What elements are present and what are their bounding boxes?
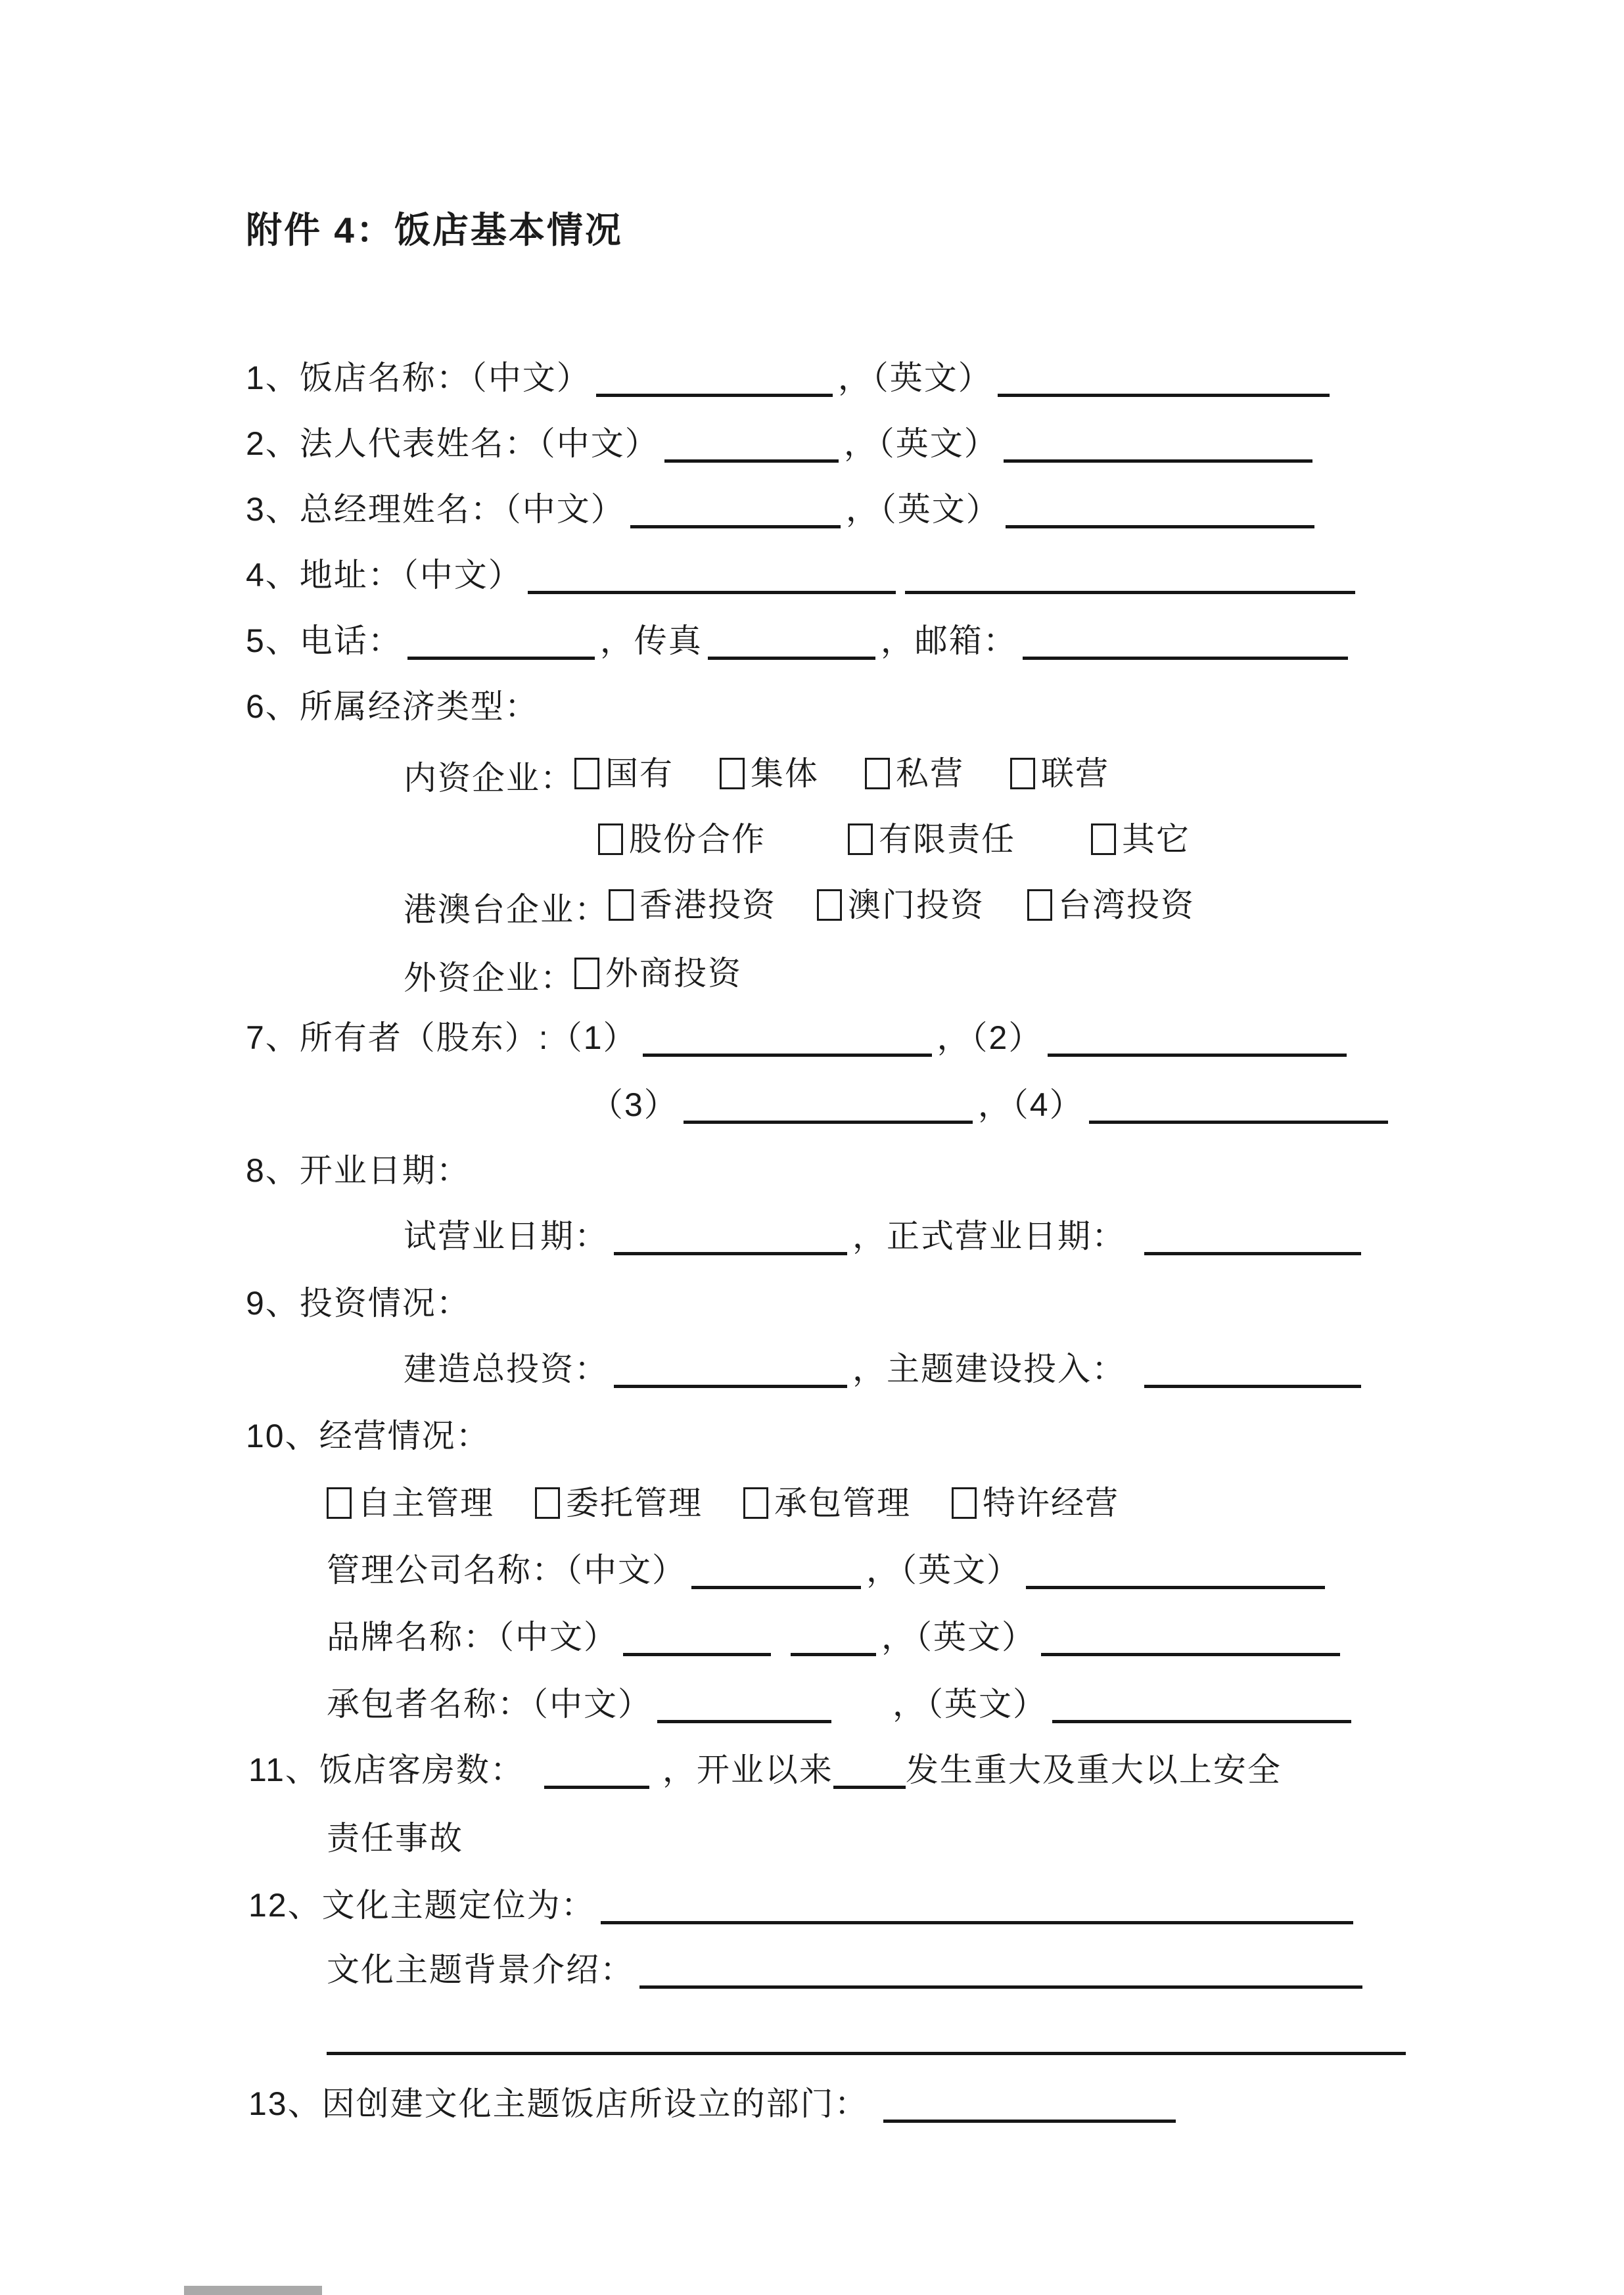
field-label: 3、总经理姓名：（中文） <box>246 491 625 528</box>
checkbox-entrusted[interactable]: 委托管理 <box>535 1481 703 1525</box>
form-line-contacts: 5、电话：，传真，邮箱： <box>246 619 1353 662</box>
field-label: 试营业日期： <box>404 1218 609 1255</box>
field-label: 7、所有者（股东）:（1） <box>246 1019 638 1056</box>
checkbox-icon <box>1010 758 1035 789</box>
blank-room-count[interactable] <box>544 1759 649 1789</box>
checkbox-contracted[interactable]: 承包管理 <box>743 1481 911 1525</box>
checkbox-icon <box>865 758 890 789</box>
checkbox-icon <box>535 1487 560 1519</box>
blank-fax[interactable] <box>708 630 875 660</box>
field-label: ，开业以来 <box>662 1751 833 1788</box>
blank-email[interactable] <box>1023 630 1348 660</box>
blank-mgmt-company-en[interactable] <box>1026 1560 1325 1589</box>
blank-theme-investment[interactable] <box>1144 1358 1361 1388</box>
field-label: 11、饭店客房数： <box>248 1751 524 1788</box>
checkbox-label: 澳门投资 <box>848 883 985 927</box>
scan-artifact <box>184 2286 322 2295</box>
blank-new-departments[interactable] <box>883 2093 1176 2123</box>
form-line-mgmt-company: 管理公司名称：（中文），（英文） <box>327 1548 1330 1592</box>
blank-accident-count[interactable] <box>833 1759 906 1789</box>
form-line-hmt: 港澳台企业：香港投资澳门投资台湾投资 <box>404 883 1195 931</box>
checkbox-label: 集体 <box>751 752 819 795</box>
field-label: （3） <box>590 1086 678 1123</box>
blank-theme-background[interactable] <box>639 1959 1362 1989</box>
form-line-departments: 13、因创建文化主题饭店所设立的部门： <box>248 2082 1181 2125</box>
checkbox-icon <box>598 823 623 855</box>
checkbox-label: 联营 <box>1041 752 1109 795</box>
form-line-legal-rep: 2、法人代表姓名：（中文），（英文） <box>246 422 1318 465</box>
field-label: 13、因创建文化主题饭店所设立的部门： <box>248 2085 869 2122</box>
blank-hotel-name-en[interactable] <box>998 367 1330 397</box>
form-line-contractor: 承包者名称：（中文），（英文） <box>327 1682 1357 1726</box>
blank-owner-2[interactable] <box>1048 1027 1347 1057</box>
form-line-owners-2: （3），（4） <box>590 1083 1393 1126</box>
blank-address-cn-1[interactable] <box>528 565 896 594</box>
form-line-domestic-2: 股份合作有限责任其它 <box>598 818 1190 866</box>
blank-phone[interactable] <box>407 630 595 660</box>
field-label: ，（2） <box>937 1019 1043 1056</box>
checkbox-siying[interactable]: 私营 <box>865 752 964 795</box>
field-label: 文化主题背景介绍： <box>327 1951 634 1988</box>
group-label: 外资企业： <box>404 960 574 996</box>
field-label: 建造总投资： <box>404 1351 609 1387</box>
checkbox-macau-investment[interactable]: 澳门投资 <box>817 883 985 927</box>
form-line-brand: 品牌名称：（中文），（英文） <box>327 1615 1345 1659</box>
checkbox-icon <box>720 758 745 789</box>
checkbox-icon <box>743 1487 768 1519</box>
checkbox-foreign-investment[interactable]: 外商投资 <box>574 952 742 995</box>
checkbox-label: 有限责任 <box>879 818 1015 861</box>
blank-owner-4[interactable] <box>1089 1094 1388 1124</box>
field-label: ，（英文） <box>893 1686 1047 1723</box>
blank-brand-cn-2[interactable] <box>791 1627 876 1656</box>
checkbox-icon <box>1027 889 1052 921</box>
page-title: 附件 4：饭店基本情况 <box>246 201 623 253</box>
form-line-economic-type: 6、所属经济类型： <box>246 685 539 728</box>
blank-culture-theme[interactable] <box>601 1895 1353 1924</box>
field-label: ，（英文） <box>838 359 992 396</box>
field-label: ，（英文） <box>844 425 998 462</box>
checkbox-icon <box>574 758 599 789</box>
checkbox-label: 股份合作 <box>629 818 766 861</box>
field-label: ，（英文） <box>881 1619 1036 1656</box>
group-label: 内资企业： <box>404 760 574 797</box>
field-label: ，（4） <box>978 1086 1084 1123</box>
blank-theme-background-continued[interactable] <box>327 2016 1406 2055</box>
blank-owner-1[interactable] <box>643 1027 932 1057</box>
field-label: ，传真 <box>600 622 703 659</box>
blank-official-date[interactable] <box>1144 1226 1361 1255</box>
field-label: ，邮箱： <box>881 622 1017 659</box>
field-label: ，主题建设投入： <box>852 1351 1126 1387</box>
blank-mgmt-company-cn[interactable] <box>691 1560 861 1589</box>
blank-address-cn-2[interactable] <box>905 565 1355 594</box>
checkbox-label: 其它 <box>1122 818 1190 861</box>
form-line-address: 4、地址：（中文） <box>246 553 1360 597</box>
form-line-investment-detail: 建造总投资：，主题建设投入： <box>404 1347 1366 1391</box>
checkbox-label: 承包管理 <box>774 1481 911 1525</box>
blank-contractor-en[interactable] <box>1052 1694 1351 1723</box>
field-label: 责任事故 <box>327 1820 463 1857</box>
checkbox-icon <box>952 1487 977 1519</box>
blank-hotel-name-cn[interactable] <box>596 367 833 397</box>
blank-trial-date[interactable] <box>614 1226 847 1255</box>
field-label: 2、法人代表姓名：（中文） <box>246 425 659 462</box>
field-label: 6、所属经济类型： <box>246 688 539 725</box>
form-line-rooms: 11、饭店客房数：，开业以来发生重大及重大以上安全 <box>248 1748 1282 1792</box>
checkbox-icon <box>1091 823 1116 855</box>
field-label: 10、经营情况： <box>246 1418 490 1454</box>
checkbox-guoyou[interactable]: 国有 <box>574 752 674 795</box>
checkbox-icon <box>609 889 634 921</box>
field-label: ，（英文） <box>846 491 1000 528</box>
checkbox-icon <box>817 889 842 921</box>
checkbox-self-managed[interactable]: 自主管理 <box>327 1481 494 1525</box>
form-line-foreign: 外资企业：外商投资 <box>404 952 742 1000</box>
form-line-rooms-wrap: 责任事故 <box>327 1817 463 1860</box>
blank-brand-cn-1[interactable] <box>623 1627 771 1656</box>
form-line-hotel-name: 1、饭店名称：（中文），（英文） <box>246 356 1335 400</box>
checkbox-label: 特许经营 <box>983 1481 1119 1525</box>
field-label: 5、电话： <box>246 622 402 659</box>
checkbox-label: 国有 <box>605 752 674 795</box>
field-label: 4、地址：（中文） <box>246 557 522 593</box>
checkbox-icon <box>848 823 873 855</box>
field-label: 承包者名称：（中文） <box>327 1686 652 1723</box>
blank-legal-rep-en[interactable] <box>1004 433 1312 463</box>
form-line-culture-theme: 12、文化主题定位为： <box>248 1884 1358 1927</box>
field-label: 管理公司名称：（中文） <box>327 1552 686 1588</box>
blank-legal-rep-cn[interactable] <box>664 433 839 463</box>
checkbox-qita[interactable]: 其它 <box>1091 818 1190 861</box>
form-line-general-manager: 3、总经理姓名：（中文），（英文） <box>246 488 1320 531</box>
field-label: ，（英文） <box>866 1552 1021 1588</box>
group-label: 港澳台企业： <box>404 891 609 928</box>
form-line-trial-date: 试营业日期：，正式营业日期： <box>404 1215 1366 1258</box>
form-line-owners-1: 7、所有者（股东）:（1），（2） <box>246 1016 1352 1059</box>
checkbox-lianying[interactable]: 联营 <box>1010 752 1109 795</box>
form-line-investment: 9、投资情况： <box>246 1282 471 1325</box>
field-label: ，正式营业日期： <box>852 1218 1126 1255</box>
checkbox-label: 外商投资 <box>605 952 742 995</box>
blank-gm-cn[interactable] <box>630 499 841 528</box>
form-line-operation: 10、经营情况： <box>246 1414 490 1458</box>
checkbox-label: 台湾投资 <box>1058 883 1195 927</box>
blank-brand-en[interactable] <box>1041 1627 1340 1656</box>
field-label: 9、投资情况： <box>246 1285 471 1322</box>
field-label: 8、开业日期： <box>246 1152 471 1189</box>
form-line-opening-date: 8、开业日期： <box>246 1149 471 1192</box>
field-label: 发生重大及重大以上安全 <box>906 1751 1282 1788</box>
checkbox-icon <box>327 1487 352 1519</box>
checkbox-hk-investment[interactable]: 香港投资 <box>609 883 776 927</box>
form-line-domestic-1: 内资企业：国有集体私营联营 <box>404 752 1109 800</box>
checkbox-franchise[interactable]: 特许经营 <box>952 1481 1119 1525</box>
checkbox-icon <box>574 958 599 989</box>
checkbox-label: 自主管理 <box>358 1481 494 1525</box>
checkbox-gufen[interactable]: 股份合作 <box>598 818 766 861</box>
blank-gm-en[interactable] <box>1006 499 1314 528</box>
checkbox-youxian[interactable]: 有限责任 <box>848 818 1015 861</box>
field-label: 12、文化主题定位为： <box>248 1887 595 1924</box>
field-label: 1、饭店名称：（中文） <box>246 359 591 396</box>
checkbox-label: 香港投资 <box>639 883 776 927</box>
blank-contractor-cn[interactable] <box>657 1694 831 1723</box>
checkbox-taiwan-investment[interactable]: 台湾投资 <box>1027 883 1195 927</box>
checkbox-label: 私营 <box>896 752 964 795</box>
checkbox-jiti[interactable]: 集体 <box>720 752 819 795</box>
blank-total-investment[interactable] <box>614 1358 847 1388</box>
field-label: 品牌名称：（中文） <box>327 1619 618 1656</box>
checkbox-label: 委托管理 <box>566 1481 703 1525</box>
blank-owner-3[interactable] <box>684 1094 973 1124</box>
form-line-operation-modes: 自主管理委托管理承包管理特许经营 <box>327 1481 1119 1529</box>
document-page: 附件 4：饭店基本情况 1、饭店名称：（中文），（英文） 2、法人代表姓名：（中… <box>0 0 1624 2295</box>
form-line-theme-background: 文化主题背景介绍： <box>327 1948 1368 1991</box>
